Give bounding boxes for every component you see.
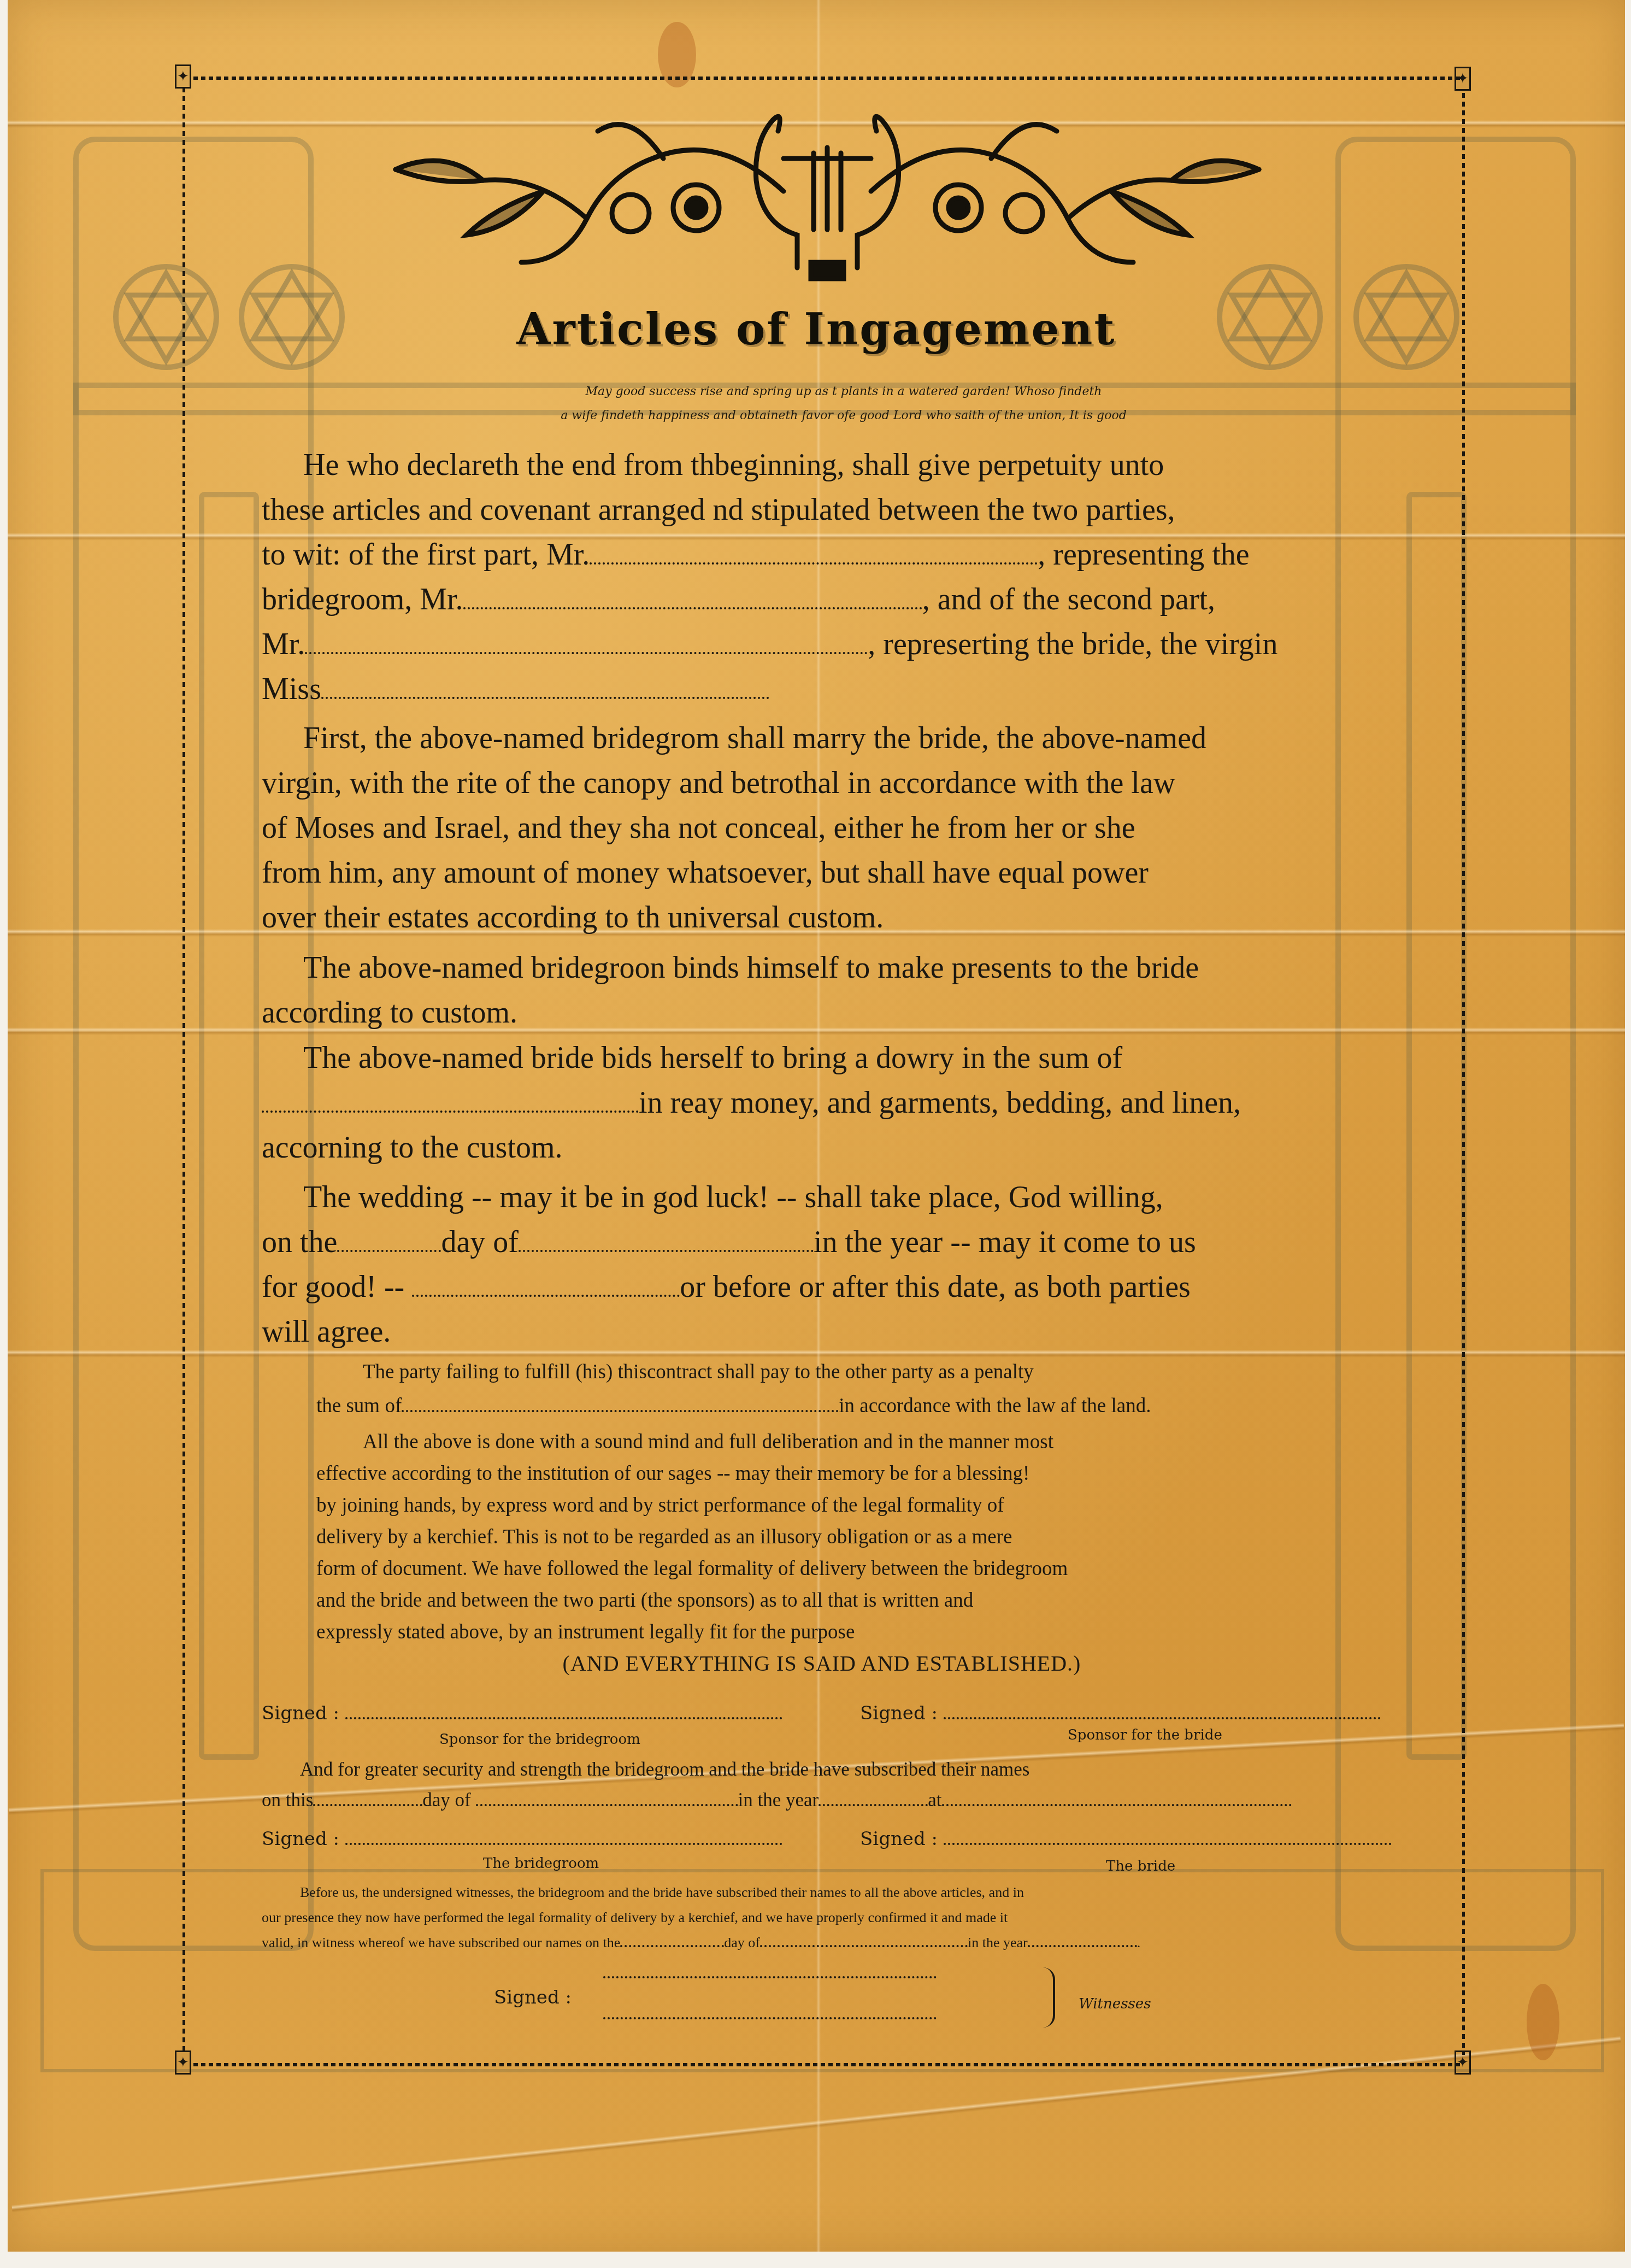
clause-line: from him, any amount of money whatsoever… xyxy=(262,850,1382,895)
bridegroom-signature: Signed : xyxy=(262,1828,782,1850)
preamble-text: , representing the xyxy=(1038,538,1249,572)
bride-name-field[interactable] xyxy=(321,696,769,699)
bridegroom-signature-field[interactable] xyxy=(345,1842,782,1845)
wedding-year-field[interactable] xyxy=(412,1294,680,1297)
epigraph-line: May good success rise and spring up as t… xyxy=(456,380,1232,404)
witness-signed-label: Signed : xyxy=(494,1987,572,2008)
frame-top-border xyxy=(193,77,1461,80)
clause-line: our presence they now have performed the… xyxy=(262,1905,1382,1930)
bride-caption: The bride xyxy=(1106,1858,1175,1875)
signed-label: Signed : xyxy=(860,1828,938,1850)
frame-bottom-border xyxy=(193,2063,1461,2066)
clause-text: on this xyxy=(262,1789,313,1811)
subscription-month-field[interactable] xyxy=(476,1803,738,1806)
witness-day-field[interactable] xyxy=(620,1944,724,1947)
preamble-text: bridegroom, Mr. xyxy=(262,583,463,616)
clause-line: expressly stated above, by an instrument… xyxy=(316,1617,1333,1648)
penalty-clause: The party failing to fulfill (his) thisc… xyxy=(316,1355,1333,1423)
preamble-text: , represerting the bride, the virgin xyxy=(868,627,1277,661)
clause-line: form of document. We have followed the l… xyxy=(316,1553,1333,1585)
presents-clause: The above-named bridegroon binds himself… xyxy=(262,945,1382,1035)
security-clause: And for greater security and strength th… xyxy=(262,1754,1382,1815)
witness-brace xyxy=(1043,1967,1055,2028)
clause-line: effective according to the institution o… xyxy=(316,1458,1333,1490)
clause-line: Before us, the undersigned witnesses, th… xyxy=(300,1884,1024,1900)
sponsor-bride-caption: Sponsor for the bride xyxy=(1068,1727,1222,1743)
clause-text: in the year xyxy=(738,1789,819,1811)
lyre-with-floral-scrolls-icon xyxy=(303,98,1352,284)
sponsor-bride-signature-field[interactable] xyxy=(944,1717,1381,1719)
epigraph-line: a wife findeth happiness and obtaineth f… xyxy=(456,404,1232,428)
clause-line: of Moses and Israel, and they sha not co… xyxy=(262,806,1382,850)
clause-text: for good! -- xyxy=(262,1270,404,1304)
background-column-left xyxy=(199,492,259,1760)
clause-line: All the above is done with a sound mind … xyxy=(363,1431,1053,1453)
witnesses-caption: Witnesses xyxy=(1079,1996,1151,2012)
closing-formula: (AND EVERYTHING IS SAID AND ESTABLISHED.… xyxy=(262,1650,1382,1676)
dowry-clause: The above-named bride bids herself to br… xyxy=(262,1036,1382,1170)
clause-line: The party failing to fulfill (his) thisc… xyxy=(363,1361,1034,1383)
sponsor-bridegroom-signature-field[interactable] xyxy=(345,1717,782,1719)
preamble-line: these articles and covenant arranged nd … xyxy=(262,487,1382,532)
clause-text: day of xyxy=(724,1935,760,1950)
sponsor-bridegroom-caption: Sponsor for the bridegroom xyxy=(439,1731,640,1748)
frame-left-border xyxy=(182,87,185,2055)
bridegroom-caption: The bridegroom xyxy=(483,1855,599,1872)
clause-text: in the year -- may it come to us xyxy=(814,1225,1196,1259)
bridegroom-name-field[interactable] xyxy=(463,607,922,609)
marriage-clause: First, the above-named bridegrom shall m… xyxy=(262,716,1382,940)
clause-line: The wedding -- may it be in god luck! --… xyxy=(303,1180,1163,1214)
wedding-day-field[interactable] xyxy=(337,1249,441,1252)
ornamental-corner-icon: ✦ xyxy=(175,2050,191,2075)
clause-text: the sum of xyxy=(316,1395,402,1417)
clause-line: and the bride and between the two parti … xyxy=(316,1585,1333,1617)
clause-line: The above-named bridegroon binds himself… xyxy=(303,951,1199,985)
clause-line: The above-named bride bids herself to br… xyxy=(303,1041,1122,1075)
ornamental-corner-icon: ✦ xyxy=(1455,67,1471,91)
penalty-amount-field[interactable] xyxy=(402,1409,839,1412)
deliberation-clause: All the above is done with a sound mind … xyxy=(316,1426,1333,1648)
signed-label: Signed : xyxy=(262,1702,339,1724)
water-stain xyxy=(1527,1984,1559,2060)
witness-2-signature-field[interactable] xyxy=(603,2017,937,2019)
clause-text: in accordance with the law af the land. xyxy=(839,1395,1151,1417)
preamble-text: Mr. xyxy=(262,627,305,661)
ornamental-corner-icon: ✦ xyxy=(1455,2050,1471,2075)
clause-text: day of xyxy=(441,1225,519,1259)
witness-clause: Before us, the undersigned witnesses, th… xyxy=(262,1880,1382,1955)
witness-1-signature-field[interactable] xyxy=(603,1976,937,1978)
bride-signature: Signed : xyxy=(860,1828,1392,1850)
clause-line: will agree. xyxy=(262,1309,1382,1354)
wedding-month-field[interactable] xyxy=(519,1249,814,1252)
preamble-paragraph: He who declareth the end from thbeginnin… xyxy=(262,443,1382,712)
clause-line: in reay money, and garments, bedding, an… xyxy=(639,1086,1241,1120)
sponsor-bridegroom-signature: Signed : xyxy=(262,1702,782,1724)
subscription-day-field[interactable] xyxy=(313,1803,422,1806)
clause-line: delivery by a kerchief. This is not to b… xyxy=(316,1521,1333,1553)
clause-text: on the xyxy=(262,1225,337,1259)
background-column-right xyxy=(1406,492,1467,1760)
clause-line: according to custom. xyxy=(262,990,1382,1035)
clause-line: virgin, with the rite of the canopy and … xyxy=(262,761,1382,806)
clause-text: valid, in witness whereof we have subscr… xyxy=(262,1935,620,1950)
clause-line: over their estates according to th unive… xyxy=(262,895,1382,940)
wedding-clause: The wedding -- may it be in god luck! --… xyxy=(262,1175,1382,1354)
clause-line: accorning to the custom. xyxy=(262,1125,1382,1170)
signed-label: Signed : xyxy=(262,1828,339,1850)
clause-line: by joining hands, by express word and by… xyxy=(316,1490,1333,1521)
document-paper: ✦ ✦ ✦ ✦ Articl xyxy=(8,0,1625,2252)
first-party-name-field[interactable] xyxy=(590,562,1038,565)
ornamental-corner-icon: ✦ xyxy=(175,64,191,89)
bride-signature-field[interactable] xyxy=(944,1842,1392,1845)
clause-text: or before or after this date, as both pa… xyxy=(680,1270,1191,1304)
preamble-text: to wit: of the first part, Mr. xyxy=(262,538,590,572)
preamble-text: , and of the second part, xyxy=(922,583,1215,616)
signed-label: Signed : xyxy=(860,1702,938,1724)
subscription-place-field[interactable] xyxy=(942,1803,1292,1806)
clause-line: First, the above-named bridegrom shall m… xyxy=(303,721,1206,755)
sponsor-bride-signature: Signed : xyxy=(860,1702,1381,1724)
preamble-text: Miss xyxy=(262,672,321,706)
subscription-year-field[interactable] xyxy=(819,1803,928,1806)
clause-text: . xyxy=(1137,1935,1141,1950)
clause-text: at xyxy=(928,1789,941,1811)
epigraph: May good success rise and spring up as t… xyxy=(456,380,1232,428)
witness-year-field[interactable] xyxy=(1028,1944,1137,1947)
preamble-line: He who declareth the end from thbeginnin… xyxy=(303,448,1164,482)
document-title: Articles of Ingagement xyxy=(8,303,1625,355)
dowry-amount-field[interactable] xyxy=(262,1110,639,1113)
second-party-name-field[interactable] xyxy=(305,651,868,654)
frame-right-border xyxy=(1462,93,1465,2055)
clause-text: day of xyxy=(422,1789,470,1811)
clause-text: in the year xyxy=(968,1935,1028,1950)
clause-line: And for greater security and strength th… xyxy=(300,1759,1029,1780)
witness-month-field[interactable] xyxy=(760,1944,968,1947)
